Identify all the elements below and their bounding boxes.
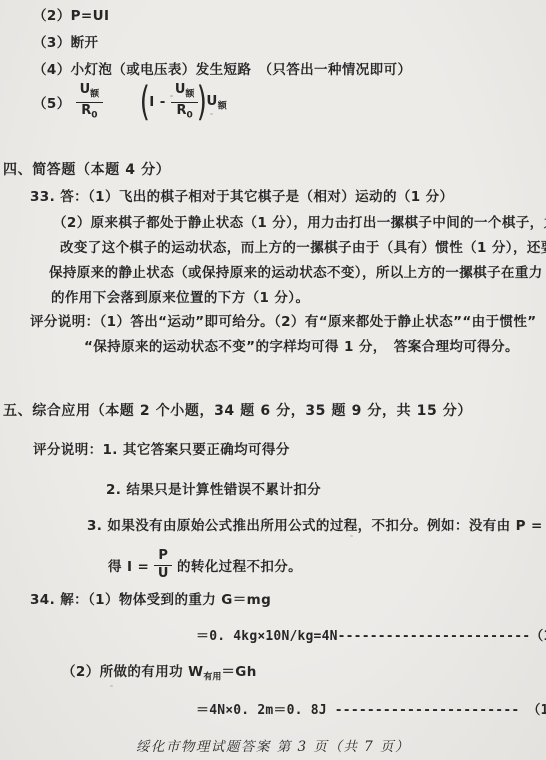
derive-suffix: 的转化过程不扣分。 bbox=[172, 555, 302, 575]
q34-solution-line-2: （2）所做的有用功 W有用＝Gh bbox=[62, 664, 257, 683]
fraction-p-over-u: PU bbox=[154, 549, 172, 581]
section4-heading: 四、简答题（本题 4 分） bbox=[3, 162, 170, 179]
fraction-numerator: P bbox=[158, 548, 168, 563]
q33-answer-line-5: 的作用下会落到原来位置的下方（1 分）。 bbox=[51, 290, 309, 306]
derive-prefix: 得 I = bbox=[108, 555, 154, 575]
close-parenthesis: ) bbox=[197, 85, 207, 119]
rated-voltage-factor: U额 bbox=[206, 93, 226, 112]
fraction-numerator: U bbox=[175, 82, 186, 97]
q34-solution-line-1: 34. 解：（1）物体受到的重力 G＝mg bbox=[30, 592, 271, 608]
q33-grading-note-2: “保持原来的运动状态不变”的字样均可得 1 分， 答案合理均可得分。 bbox=[84, 339, 519, 355]
section5-heading: 五、综合应用（本题 2 个小题，34 题 6 分，35 题 9 分，共 15 分… bbox=[3, 403, 472, 420]
q34-calculation-2: ＝4N×0. 2m＝0. 8J ----------------------- … bbox=[196, 703, 546, 719]
useful-work-subscript: 有用 bbox=[203, 673, 221, 683]
fraction-u-rated-over-r0: U额R0 bbox=[76, 83, 104, 121]
q33-answer-line-3: 改变了这个棋子的运动状态，而上方的一摞棋子由于（具有）惯性（1 分），还要 bbox=[60, 240, 546, 256]
numerator-subscript: 额 bbox=[185, 90, 194, 100]
q33-answer-line-4: 保持原来的静止状态（或保持原来的运动状态不变），所以上方的一摞棋子在重力 bbox=[49, 265, 543, 281]
q34-calculation-1: ＝0. 4kg×10N/kg=4N-----------------------… bbox=[196, 629, 546, 645]
current-minus-prefix: I - bbox=[149, 94, 171, 110]
fraction-numerator: U bbox=[80, 82, 91, 97]
answer-item-4: （4）小灯泡（或电压表）发生短路 （只答出一种情况即可） bbox=[33, 62, 411, 78]
q33-grading-note-1: 评分说明：（1）答出“运动”即可给分。（2）有“原来都处于静止状态”“由于惯性” bbox=[30, 314, 537, 330]
open-parenthesis: ( bbox=[140, 85, 150, 119]
s5-grading-note-1: 评分说明：1. 其它答案只要正确均可得分 bbox=[33, 442, 290, 458]
fraction-u-rated-over-r0-inner: U额R0 bbox=[171, 83, 199, 121]
q33-answer-line-2: （2）原来棋子都处于静止状态（1 分），用力击打出一摞棋子中间的一个棋子，力 bbox=[53, 215, 546, 231]
numerator-subscript: 额 bbox=[90, 90, 99, 100]
answer-item-3: （3）断开 bbox=[33, 35, 98, 51]
fraction-denominator: R bbox=[81, 103, 91, 118]
fraction-denominator: U bbox=[158, 566, 169, 581]
fraction-denominator: R bbox=[176, 103, 186, 118]
answer-item-2: （2）P=UI bbox=[33, 8, 109, 24]
denominator-subscript: 0 bbox=[186, 110, 192, 120]
s5-grading-note-3b-formula: 得 I = PU 的转化过程不扣分。 bbox=[108, 548, 302, 582]
s5-grading-note-3: 3. 如果没有由原始公式推出所用公式的过程，不扣分。例如：没有由 P = UI bbox=[87, 518, 546, 534]
item5-label: （5） bbox=[33, 92, 71, 112]
denominator-subscript: 0 bbox=[91, 110, 97, 120]
exam-answer-sheet-page: （2）P=UI （3）断开 （4）小灯泡（或电压表）发生短路 （只答出一种情况即… bbox=[0, 0, 546, 760]
s5-grading-note-2: 2. 结果只是计算性错误不累计扣分 bbox=[106, 482, 321, 498]
q33-answer-line-1: 33. 答：（1）飞出的棋子相对于其它棋子是（相对）运动的（1 分） bbox=[30, 189, 453, 205]
page-footer: 绥化市物理试题答案 第 3 页（共 7 页） bbox=[0, 735, 546, 755]
answer-item-5-formula: （5） U额R0 ( I - U额R0 ) U额 bbox=[33, 83, 227, 121]
